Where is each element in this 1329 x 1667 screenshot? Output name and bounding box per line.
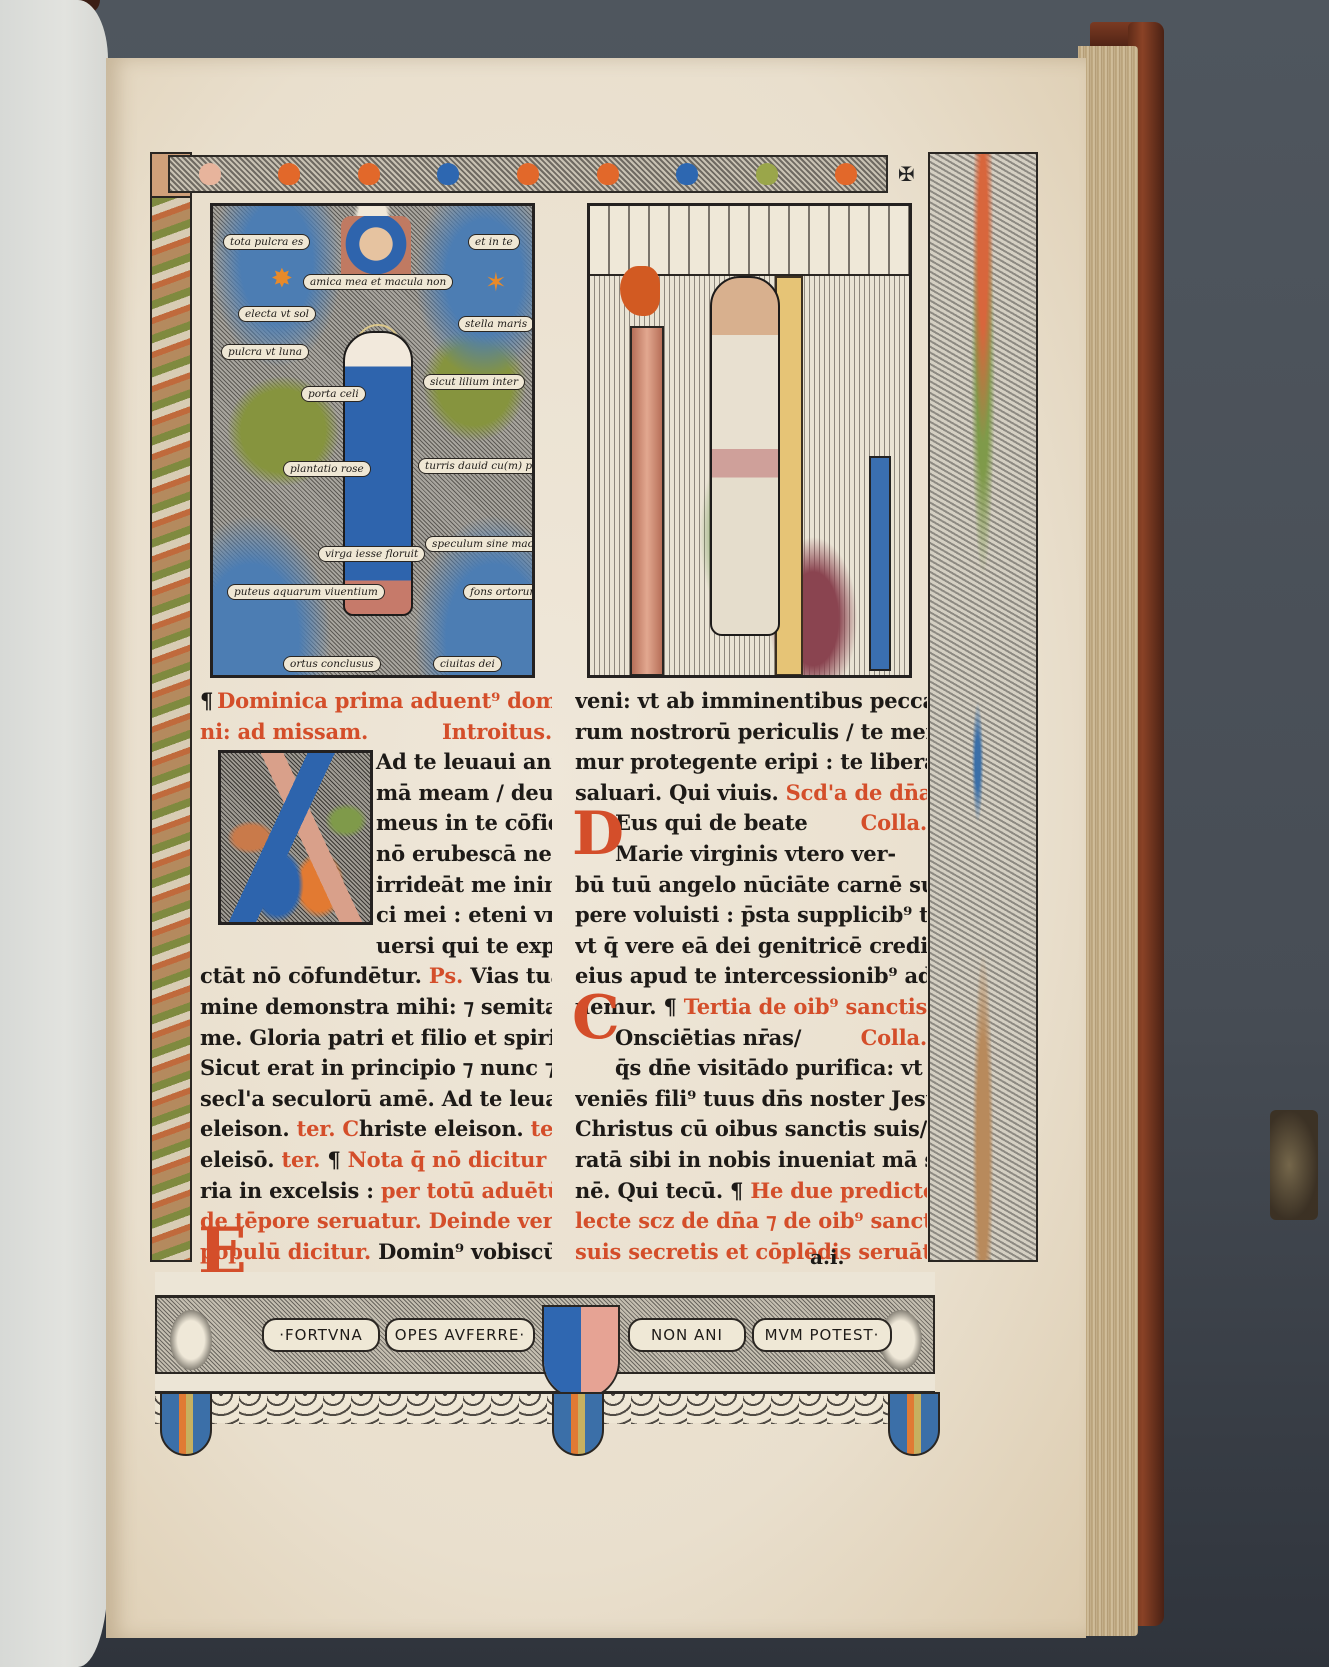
text-line: veni: vt ab imminentibus peccato <box>575 686 927 717</box>
blue-pillar <box>869 456 891 671</box>
scroll-label: fons ortorum <box>463 584 535 600</box>
rubric-line: de tēpore seruatur. Deinde versus <box>200 1206 552 1237</box>
scroll-label: virga iesse floruit <box>318 546 425 562</box>
scroll-label: turris dauid cu(m) pro(pugnaculis) <box>418 458 535 474</box>
heraldic-shield <box>542 1305 620 1400</box>
text-line: irrideāt me inimi- <box>200 870 552 901</box>
scroll-label: speculum sine macula <box>425 536 535 552</box>
scroll-label: pulcra vt luna <box>221 344 309 360</box>
text-line: Ad te leuaui ani- <box>200 747 552 778</box>
rubric-line: ¶Dominica prima aduent⁹ domi <box>200 686 552 717</box>
text-line: ci mei : eteni vni- <box>200 900 552 931</box>
scroll-label: plantatio rose <box>283 461 371 477</box>
scroll-label: sicut lilium inter <box>423 374 525 390</box>
flower-ornament <box>756 163 778 185</box>
flagellation-column <box>630 326 664 676</box>
text-line: uemur. ¶ Tertia de oib⁹ sanctis. <box>575 992 927 1023</box>
scroll-label: ortus conclusus <box>283 656 381 672</box>
text-line: mā meam / deus <box>200 778 552 809</box>
text-line: Onsciētias nr̄as/Colla. <box>575 1023 927 1054</box>
text-line: pere voluisti : p̄sta supplicib⁹ tuis: <box>575 900 927 931</box>
text-line: Sicut erat in principio ⁊ nunc ⁊ semp: e… <box>200 1053 552 1084</box>
text-line: mine demonstra mihi: ⁊ semitas tuas edoc… <box>200 992 552 1023</box>
drop-initial-d: D <box>572 804 624 864</box>
scroll-label: tota pulcra es <box>223 234 310 250</box>
text-line: Marie virginis vtero ver- <box>575 839 927 870</box>
scroll-label: stella maris <box>458 316 534 332</box>
woodcut-man-of-sorrows <box>587 203 912 678</box>
flower-ornament <box>358 163 380 185</box>
text-line: mur protegente eripi : te liberante <box>575 747 927 778</box>
christ-figure <box>710 276 780 636</box>
drop-initial-c: C <box>572 988 620 1048</box>
text-line: me. Gloria patri et filio et spiritui sa… <box>200 1023 552 1054</box>
text-line: meus in te cōfido <box>200 808 552 839</box>
banner-ledge-top <box>155 1272 935 1298</box>
woodcut-virgin-tota-pulchra: ✸ ✶ tota pulcra es et in te amica mea et… <box>210 203 535 678</box>
text-line: rum nostrorū periculis / te merea- <box>575 717 927 748</box>
signature-mark: a.i. <box>810 1245 844 1269</box>
left-column-border <box>150 152 192 1262</box>
scroll-label: electa vt sol <box>238 306 316 322</box>
text-line: ratā sibi in nobis inueniat mā sio <box>575 1145 927 1176</box>
text-line: eleisō. ter. ¶ Nota q̄ nō dicitur Glo <box>200 1145 552 1176</box>
rubric-line: ni: ad missam.Introitus. <box>200 717 552 748</box>
text-line: nō erubescā neq3 <box>200 839 552 870</box>
text-line: saluari. Qui viuis. Scd'a de dn̄a. <box>575 778 927 809</box>
text-line: secl'a seculorū amē. Ad te leuaui. Kyrie <box>200 1084 552 1115</box>
text-line: Christus cū oibus sanctis suis/pa <box>575 1114 927 1145</box>
text-line: populū dicitur. Domin⁹ vobiscū. <box>200 1237 552 1268</box>
lace-fringe <box>155 1394 935 1424</box>
shield-blue-half <box>544 1307 581 1398</box>
cross-pattee-icon: ✠ <box>898 162 915 186</box>
flower-ornament <box>835 163 857 185</box>
text-column-left: ¶Dominica prima aduent⁹ domi ni: ad miss… <box>200 686 552 1328</box>
right-ornamental-border <box>928 152 1038 1262</box>
text-line: bū tuū angelo nūciāte carnē susci <box>575 870 927 901</box>
scroll-label: ciuitas dei <box>433 656 502 672</box>
text-line: vt q̄ vere eā dei genitricē credim⁹: <box>575 931 927 962</box>
pendant-ornament <box>888 1392 940 1456</box>
motto-scroll: MVM POTEST· <box>752 1318 892 1352</box>
star-icon: ✶ <box>485 268 507 298</box>
flower-ornament <box>517 163 539 185</box>
text-line: uersi qui te expe- <box>200 931 552 962</box>
page-edges <box>1078 46 1138 1636</box>
flower-ornament <box>199 163 221 185</box>
left-facing-page <box>0 0 108 1667</box>
clasp <box>1270 1110 1318 1220</box>
text-line: ctāt nō cōfundētur. Ps. Vias tuas do- <box>200 961 552 992</box>
pendant-ornament <box>160 1392 212 1456</box>
motto-scroll: NON ANI <box>628 1318 746 1352</box>
motto-scroll: ·FORTVNA <box>262 1318 380 1352</box>
text-line: veniēs fili⁹ tuus dn̄s noster Jesus <box>575 1084 927 1115</box>
text-line: ria in excelsis : per totū aduētū: qr <box>200 1176 552 1207</box>
putto-left <box>170 1310 212 1370</box>
text-line: q̄s dn̄e visitādo purifica: vt <box>575 1053 927 1084</box>
text-line: eleison. ter. Christe eleison. ter. Kyri… <box>200 1114 552 1145</box>
sun-star-icon: ✸ <box>271 264 293 294</box>
rubric-line: lecte scz de dn̄a ⁊ de oib⁹ sanctis cū <box>575 1206 927 1237</box>
rubric-line: suis secretis et cōplēdis seruātur p <box>575 1237 927 1268</box>
text-line: eius apud te intercessionib⁹ adiu- <box>575 961 927 992</box>
text-line: nē. Qui tecū. ¶ He due predicte col- <box>575 1176 927 1207</box>
flower-ornament <box>676 163 698 185</box>
flower-ornament <box>597 163 619 185</box>
flower-ornament <box>278 163 300 185</box>
text-line: Eus qui de beateColla. <box>575 808 927 839</box>
motto-scroll: OPES AVFERRE· <box>385 1318 535 1352</box>
scroll-label: amica mea et macula non <box>303 274 453 290</box>
top-ornamental-border <box>168 155 888 193</box>
rooster <box>620 266 660 316</box>
pendant-ornament <box>552 1392 604 1456</box>
scroll-label: et in te <box>468 234 520 250</box>
text-column-right: veni: vt ab imminentibus peccato rum nos… <box>575 686 927 1328</box>
scroll-label: puteus aquarum viuentium <box>227 584 385 600</box>
flower-ornament <box>437 163 459 185</box>
scroll-label: porta celi <box>301 386 366 402</box>
